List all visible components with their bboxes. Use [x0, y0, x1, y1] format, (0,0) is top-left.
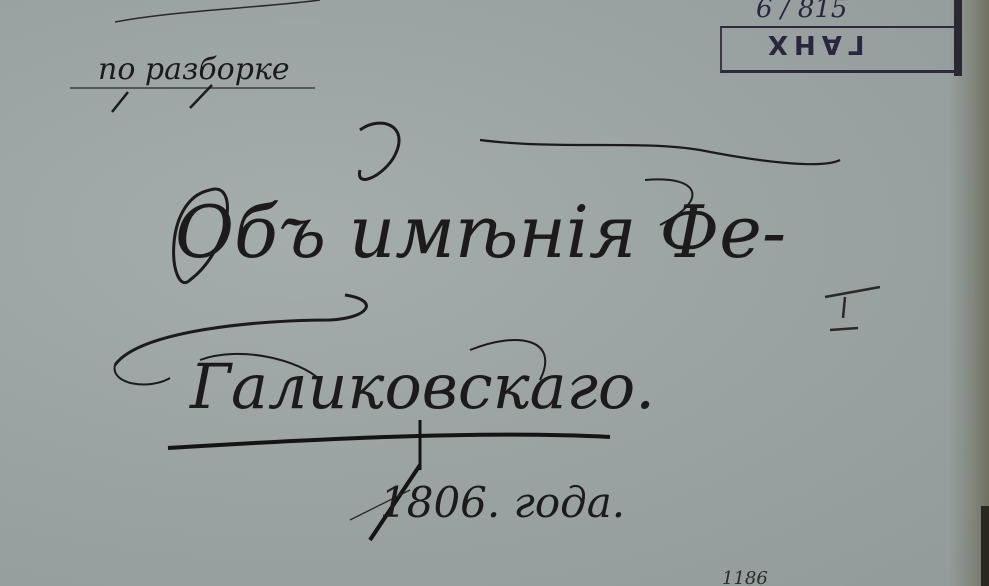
bottom-margin-note: 1186: [722, 568, 768, 586]
year-line: 1806. года.: [380, 478, 625, 527]
title-line-2: Галиковскаго.: [190, 350, 655, 423]
title-line-1: Объ имѣнія Фе-: [175, 190, 786, 274]
header-note: по разборке: [98, 52, 290, 87]
document-page: ГАНХ 6 / 815 по разборке Объ имѣнія Фе- …: [0, 0, 989, 586]
